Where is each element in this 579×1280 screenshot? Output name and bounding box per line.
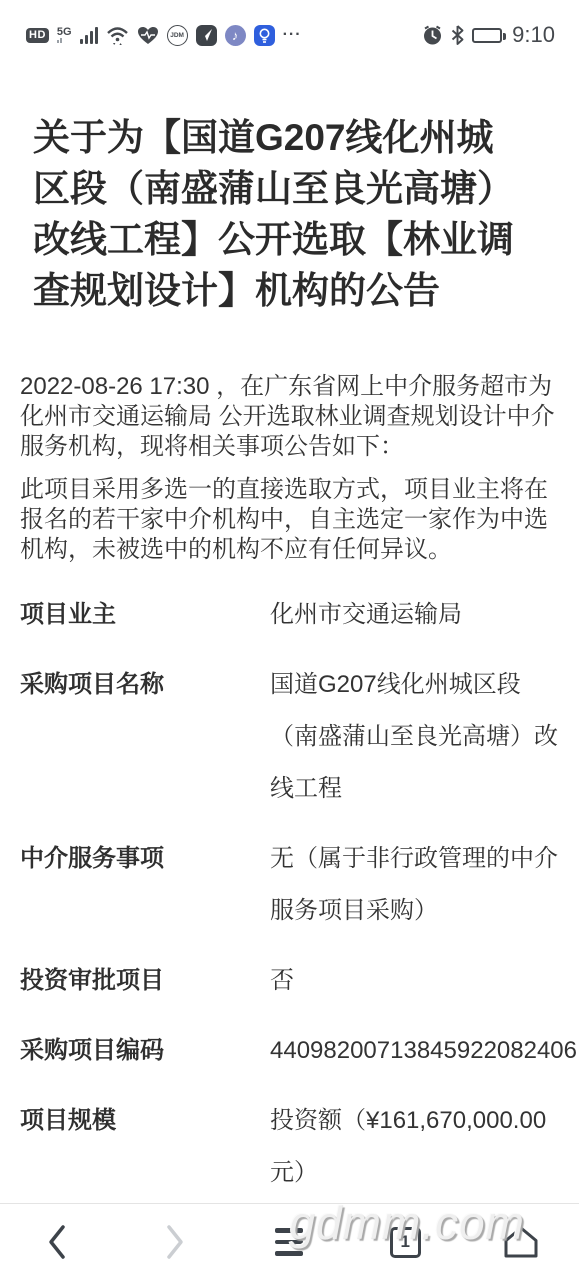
intro-paragraphs: 2022-08-26 17:30 ，在广东省网上中介服务超市为化州市交通运输局 … <box>20 372 559 565</box>
tab-count-badge: 1 <box>390 1227 421 1258</box>
menu-button[interactable] <box>232 1204 348 1280</box>
hd-badge-icon: HD <box>26 28 49 43</box>
field-label-procurement-code: 采购项目编码 <box>20 1025 270 1077</box>
field-value-procurement-code: 44098200713845922082406 <box>270 1025 577 1077</box>
health-heart-icon <box>137 26 159 45</box>
alarm-icon <box>422 25 443 46</box>
home-button[interactable] <box>463 1204 579 1280</box>
secondary-signal-icon <box>57 38 62 43</box>
jdm-badge-icon: JDM <box>167 25 188 46</box>
more-notifications-icon: ··· <box>283 30 302 40</box>
table-row: 采购项目名称 国道G207线化州城区段（南盛蒲山至良光高塘）改线工程 <box>20 659 559 815</box>
title-line-3: 改线工程】公开选取【林业调 <box>33 214 546 265</box>
field-value-procurement-name: 国道G207线化州城区段（南盛蒲山至良光高塘）改线工程 <box>270 659 559 815</box>
field-label-investment-approval: 投资审批项目 <box>20 955 270 1007</box>
field-label-project-scale: 项目规模 <box>20 1095 270 1199</box>
bulb-app-icon <box>254 25 275 46</box>
signal-strength-icon <box>80 27 98 44</box>
table-row: 采购项目编码 44098200713845922082406 <box>20 1025 559 1077</box>
bluetooth-icon <box>451 25 464 45</box>
title-line-4: 查规划设计】机构的公告 <box>33 265 546 316</box>
tabs-button[interactable]: 1 <box>347 1204 463 1280</box>
network-type-label: 5G <box>57 27 72 38</box>
project-info-table: 项目业主 化州市交通运输局 采购项目名称 国道G207线化州城区段（南盛蒲山至良… <box>20 589 559 1199</box>
status-bar-right: 9:10 <box>422 22 555 48</box>
paragraph-selection-method: 此项目采用多选一的直接选取方式，项目业主将在报名的若干家中介机构中，自主选定一家… <box>20 475 559 565</box>
field-value-project-owner: 化州市交通运输局 <box>270 589 559 641</box>
forward-button[interactable] <box>116 1204 232 1280</box>
battery-icon <box>472 28 502 43</box>
field-label-intermediary-service: 中介服务事项 <box>20 833 270 937</box>
field-value-project-scale: 投资额（¥161,670,000.00元） <box>270 1095 559 1199</box>
clock-time: 9:10 <box>512 22 555 48</box>
announcement-article: 关于为【国道G207线化州城 区段（南盛蒲山至良光高塘） 改线工程】公开选取【林… <box>0 112 579 1199</box>
table-row: 中介服务事项 无（属于非行政管理的中介服务项目采购） <box>20 833 559 937</box>
paragraph-announcement-intro: 2022-08-26 17:30 ，在广东省网上中介服务超市为化州市交通运输局 … <box>20 372 559 462</box>
field-label-project-owner: 项目业主 <box>20 589 270 641</box>
table-row: 项目业主 化州市交通运输局 <box>20 589 559 641</box>
back-button[interactable] <box>0 1204 116 1280</box>
title-line-2: 区段（南盛蒲山至良光高塘） <box>33 163 546 214</box>
page-title: 关于为【国道G207线化州城 区段（南盛蒲山至良光高塘） 改线工程】公开选取【林… <box>33 112 546 316</box>
field-value-investment-approval: 否 <box>270 955 559 1007</box>
hamburger-icon <box>275 1228 303 1256</box>
status-bar-left: HD 5G JDM <box>26 25 302 46</box>
bird-app-icon <box>196 25 217 46</box>
table-row: 项目规模 投资额（¥161,670,000.00元） <box>20 1095 559 1199</box>
title-line-1: 关于为【国道G207线化州城 <box>33 112 546 163</box>
field-label-procurement-name: 采购项目名称 <box>20 659 270 815</box>
browser-nav-bar: 1 <box>0 1203 579 1280</box>
field-value-intermediary-service: 无（属于非行政管理的中介服务项目采购） <box>270 833 559 937</box>
status-bar: HD 5G JDM <box>0 0 579 60</box>
music-app-icon: ♪ <box>225 25 246 46</box>
network-indicator: 5G <box>57 27 72 43</box>
wifi-icon <box>106 26 129 45</box>
table-row: 投资审批项目 否 <box>20 955 559 1007</box>
